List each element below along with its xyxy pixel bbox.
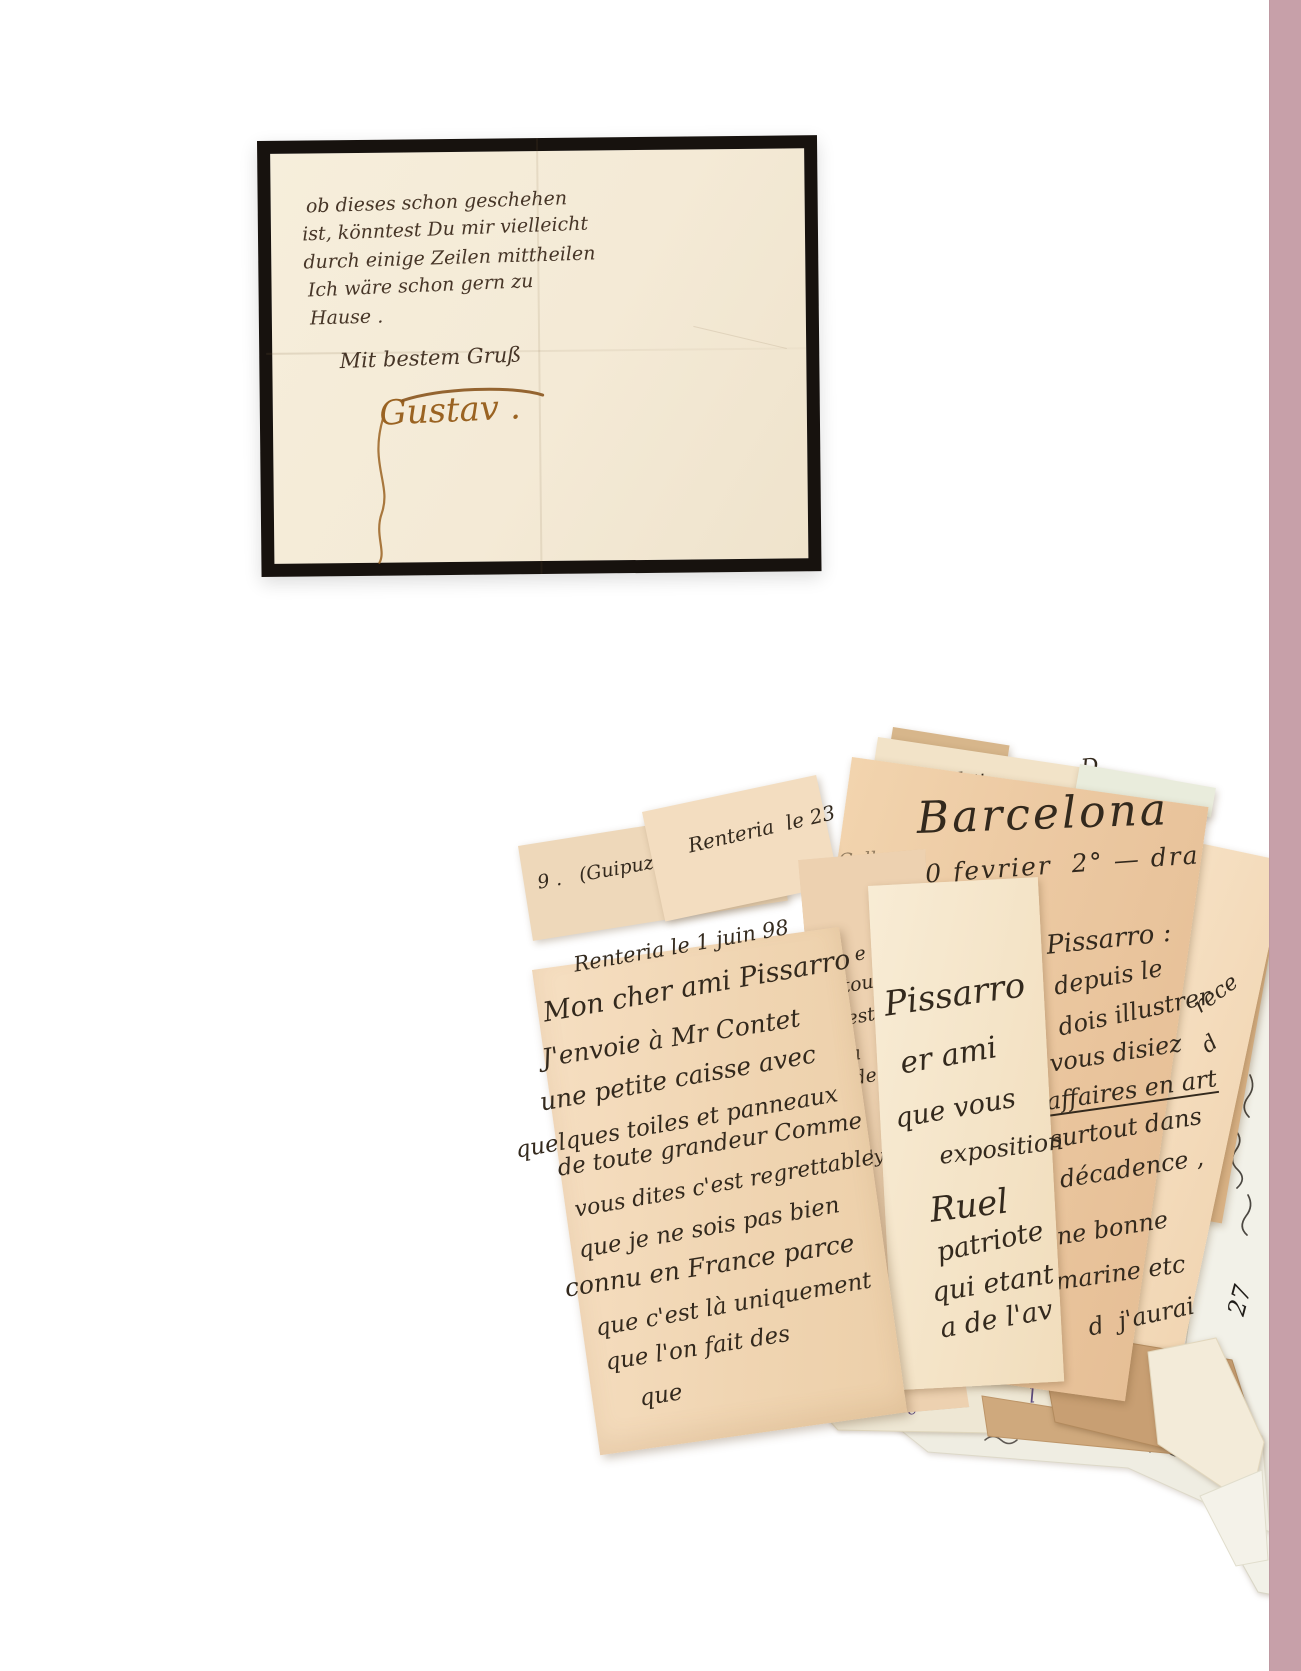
middle-line: Ruel — [928, 1184, 1010, 1227]
catalog-page-photo: ob dieses schon geschehen ist, könntest … — [0, 0, 1301, 1671]
barcelona-heading: Barcelona — [916, 788, 1170, 841]
side-stripe — [1269, 0, 1301, 1671]
